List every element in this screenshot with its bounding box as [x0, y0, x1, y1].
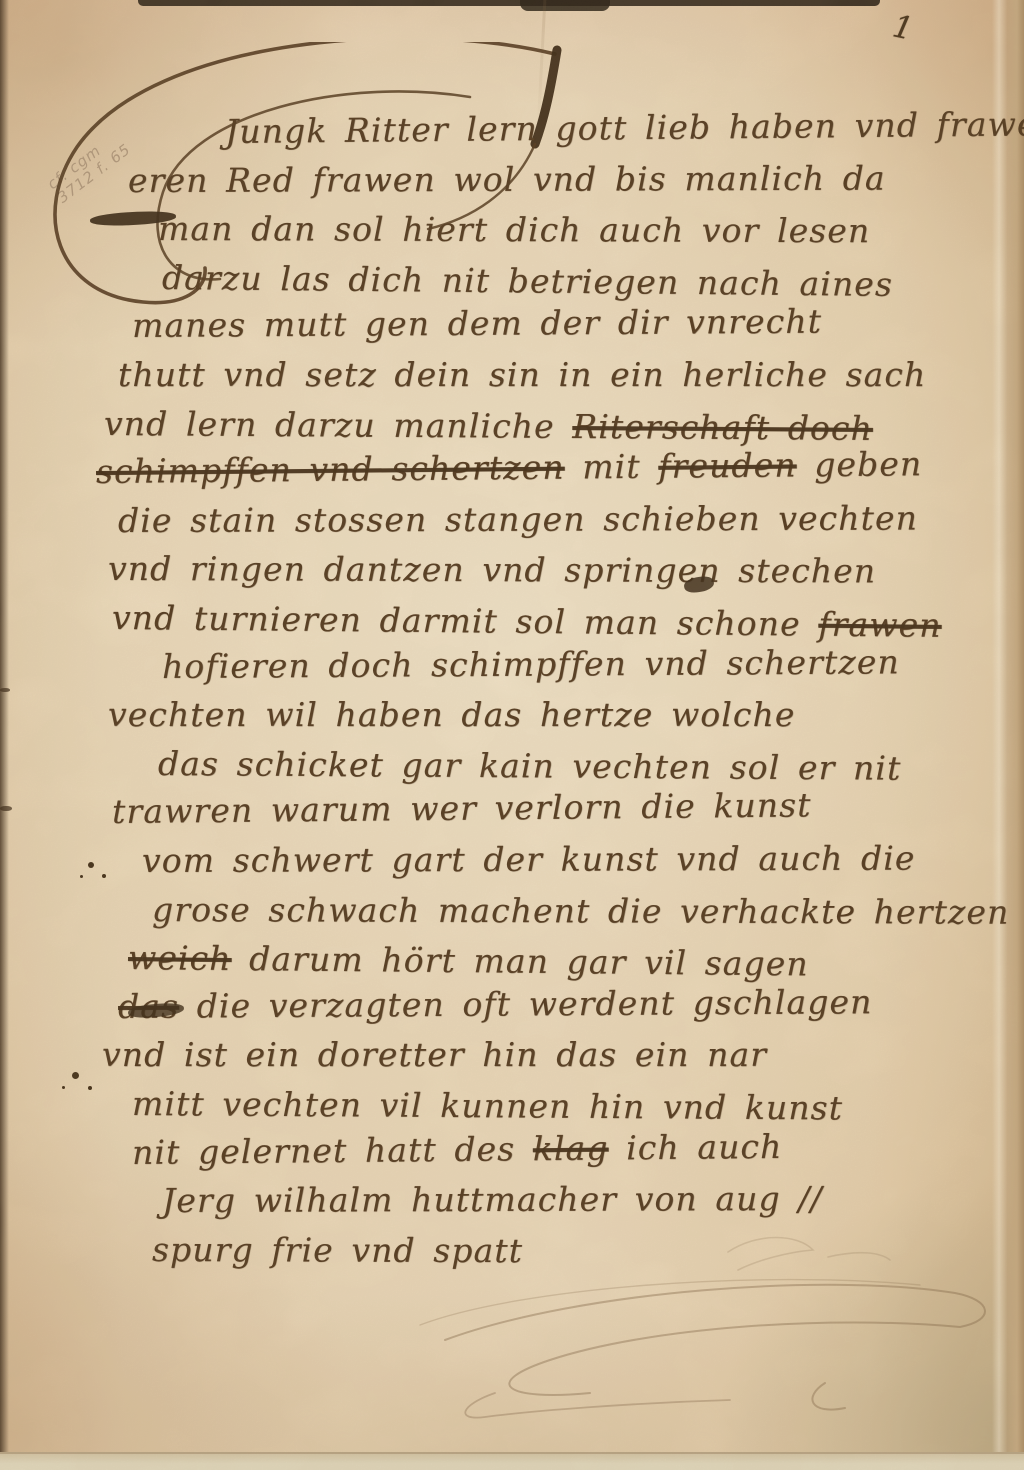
manuscript-line: thutt vnd setz dein sin in ein herliche …	[118, 355, 926, 394]
text-segment: manes mutt gen dem der dir vnrecht	[132, 302, 822, 345]
manuscript-line: vom schwert gart der kunst vnd auch die	[142, 839, 916, 880]
manuscript-line: vnd turnieren darmit sol man schone fraw…	[112, 598, 942, 645]
text-segment: darum hört man gar vil sagen	[231, 939, 809, 983]
manuscript-line: Jungk Ritter lern gott lieb haben vnd fr…	[225, 104, 1024, 151]
text-segment: eren Red frawen wol vnd bis manlich da	[128, 158, 886, 199]
manuscript-line: trawren warum wer verlorn die kunst	[112, 786, 812, 832]
text-segment: mit	[564, 447, 658, 487]
manuscript-page-scan: 1 cf. cgm 3712 f. 65 Jungk Ritter lern g…	[0, 0, 1024, 1470]
struck-text: Riterschaft doch	[572, 407, 873, 448]
manuscript-line: darzu las dich nit betriegen nach aines	[162, 258, 893, 304]
text-segment: Jerg wilhalm huttmacher von aug //	[162, 1179, 823, 1220]
text-segment: man dan sol hiert dich auch vor lesen	[158, 209, 870, 250]
manuscript-line: das die verzagten oft werdent gschlagen	[118, 982, 873, 1026]
text-segment: grose schwach machent die verhackte hert…	[152, 890, 1010, 932]
edge-nick	[0, 806, 12, 811]
manuscript-line: hofieren doch schimpffen vnd schertzen	[162, 642, 900, 686]
text-segment: vnd lern darzu manliche	[104, 404, 573, 446]
manuscript-line: spurg frie vnd spatt	[152, 1230, 523, 1270]
ink-spatter	[88, 862, 94, 868]
ink-spatter	[88, 1086, 92, 1090]
manuscript-line: manes mutt gen dem der dir vnrecht	[132, 302, 822, 345]
manuscript-line: Jerg wilhalm huttmacher von aug //	[162, 1179, 823, 1220]
manuscript-line: schimpffen vnd schertzen mit freuden geb…	[96, 444, 923, 491]
manuscript-line: vechten wil haben das hertze wolche	[108, 695, 796, 734]
ink-spatter	[80, 875, 83, 878]
text-segment: die verzagten oft werdent gschlagen	[179, 982, 873, 1025]
text-segment: vnd turnieren darmit sol man schone	[112, 598, 819, 644]
edge-nick	[0, 688, 10, 692]
manuscript-line: das schicket gar kain vechten sol er nit	[158, 744, 902, 788]
text-segment: nit gelernet hatt des	[132, 1129, 533, 1172]
ink-spatter	[62, 1086, 65, 1089]
text-segment: thutt vnd setz dein sin in ein herliche …	[118, 355, 926, 394]
manuscript-line: weich darum hört man gar vil sagen	[128, 938, 809, 983]
text-segment: die stain stossen stangen schieben vecht…	[118, 498, 918, 540]
text-segment: geben	[796, 444, 922, 484]
struck-text: freuden	[658, 446, 797, 486]
struck-text: frawen	[818, 605, 942, 645]
manuscript-line: vnd ist ein doretter hin das ein nar	[102, 1035, 767, 1074]
text-segment: vechten wil haben das hertze wolche	[108, 695, 796, 734]
struck-text: weich	[128, 938, 232, 978]
text-segment: vom schwert gart der kunst vnd auch die	[142, 839, 916, 880]
text-segment: mitt vechten vil kunnen hin vnd kunst	[132, 1084, 843, 1127]
manuscript-line: mitt vechten vil kunnen hin vnd kunst	[132, 1084, 843, 1127]
manuscript-line: vnd ringen dantzen vnd springen stechen	[108, 549, 876, 590]
ink-spatter	[102, 874, 106, 878]
manuscript-line: vnd lern darzu manliche Riterschaft doch	[104, 404, 873, 448]
manuscript-line: man dan sol hiert dich auch vor lesen	[158, 209, 870, 250]
text-segment: ich auch	[608, 1126, 782, 1167]
text-segment: vnd ringen dantzen vnd springen stechen	[108, 549, 876, 590]
text-segment: hofieren doch schimpffen vnd schertzen	[162, 642, 900, 686]
manuscript-line: grose schwach machent die verhackte hert…	[152, 890, 1010, 932]
ink-spatter	[72, 1072, 79, 1079]
text-segment: Jungk Ritter lern gott lieb haben vnd fr…	[225, 104, 1024, 151]
struck-text: schimpffen vnd schertzen	[96, 448, 565, 491]
text-segment: spurg frie vnd spatt	[152, 1230, 523, 1270]
manuscript-line: nit gelernet hatt des klag ich auch	[132, 1126, 783, 1171]
manuscript-line: eren Red frawen wol vnd bis manlich da	[128, 158, 886, 199]
text-segment: darzu las dich nit betriegen nach aines	[162, 258, 893, 304]
struck-text: klag	[533, 1128, 609, 1168]
text-segment: das schicket gar kain vechten sol er nit	[158, 744, 902, 788]
manuscript-line: die stain stossen stangen schieben vecht…	[118, 498, 918, 540]
text-segment: trawren warum wer verlorn die kunst	[112, 786, 812, 832]
text-segment: vnd ist ein doretter hin das ein nar	[102, 1035, 767, 1074]
